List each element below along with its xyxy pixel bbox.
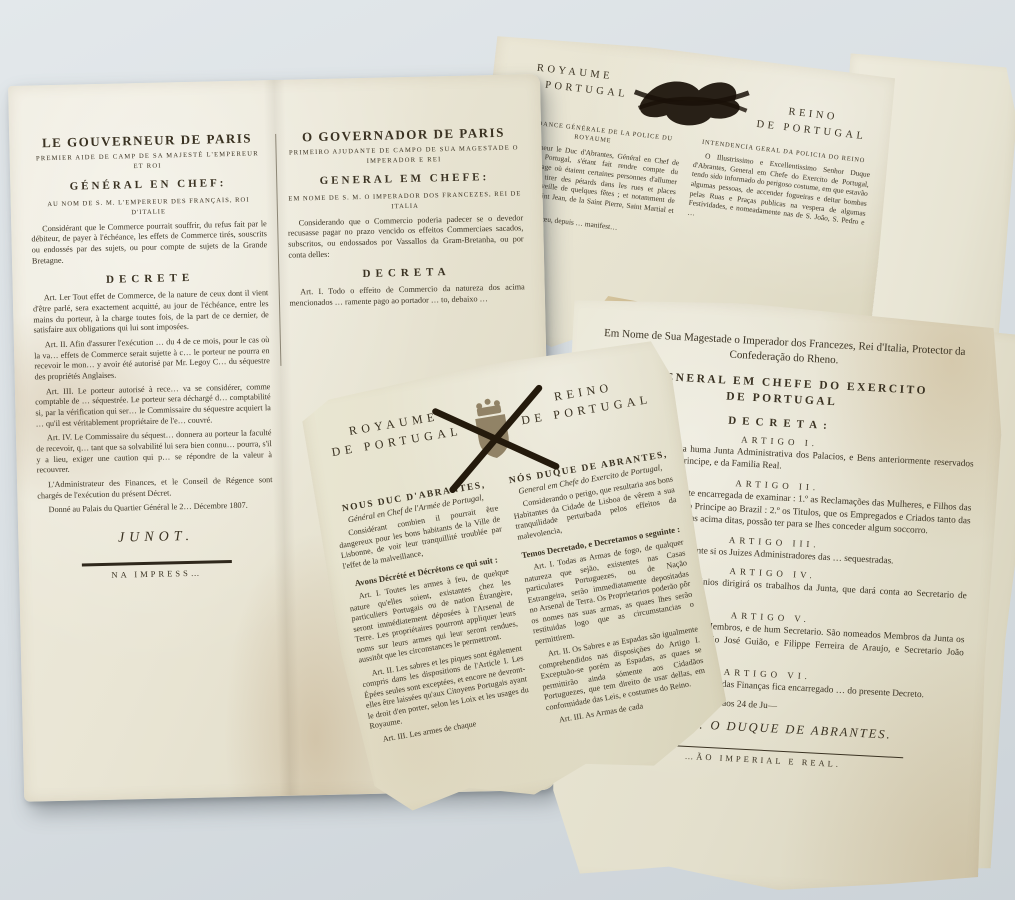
photograph-background: ROYAUME DE PORTUGAL REINO DE PORTUGAL IN… <box>0 0 1015 900</box>
invocation: EM NOME DE S. M. O IMPERADOR DOS FRANCEZ… <box>287 189 523 214</box>
subtitle: PRIMEIRO AJUDANTE DE CAMPO DE SUA MAGEST… <box>286 144 522 169</box>
column-divider <box>275 134 281 366</box>
french-column: NOUS DUC D'ABRANTES, Général en Chef de … <box>330 461 536 757</box>
paragraph: Art. III. Le porteur autorisé à rece… va… <box>35 382 271 430</box>
french-column: LE GOUVERNEUR DE PARIS PREMIER AIDE DE C… <box>29 130 275 581</box>
articles: Art. I. Todas as Armas de fogo, de qualq… <box>522 538 710 728</box>
closing-paragraphs: L'Administrateur des Finances, et le Con… <box>37 475 273 516</box>
paragraph: Art. I. Todo o effeito de Commercio da n… <box>289 283 525 310</box>
signature-junot: JUNOT. <box>38 527 274 548</box>
document-title: O GOVERNADOR DE PARIS <box>286 124 522 146</box>
invocation: AU NOM DE S. M. L'EMPEREUR DES FRANÇAIS,… <box>31 195 267 220</box>
preamble: Considerando que o Commercio poderia pad… <box>288 213 524 261</box>
paragraph: Art. II. Afin d'assurer l'exécution … du… <box>34 335 270 383</box>
printer-imprint: NA IMPRESS… <box>39 566 275 581</box>
articles: Art. I.er Tout effet de Commerce, de la … <box>33 289 273 477</box>
articles: Art. I. Toutes les armes à feu, de quelq… <box>347 567 533 747</box>
heading: GENERAL EM CHEFE: <box>287 170 523 187</box>
paragraph: Art. I.er Tout effet de Commerce, de la … <box>33 289 269 337</box>
paragraph: Donné au Palais du Quartier Général le 2… <box>38 500 274 516</box>
portuguese-column: INTENDENCIA GERAL DA POLICIA DO REINO O … <box>684 137 872 261</box>
paragraph: L'Administrateur des Finances, et le Con… <box>37 475 273 502</box>
imprint-rule <box>82 560 232 566</box>
ink-blot-coat-of-arms-icon <box>630 70 751 134</box>
articles: Art. I. Todo o effeito de Commercio da n… <box>289 283 525 310</box>
subtitle: PREMIER AIDE DE CAMP DE SA MAJESTÉ L'EMP… <box>30 149 266 174</box>
masthead: ROYAUME DE PORTUGAL REINO DE PORTUGAL <box>509 58 878 131</box>
paragraph: O Illustrissimo e Excellentissimo Senhor… <box>687 150 870 237</box>
preamble: Considérant que le Commerce pourrait sou… <box>31 219 267 267</box>
paragraph: Art. IV. Le Commissaire du séquest… donn… <box>36 428 272 476</box>
decree-word: DECRETE <box>32 271 268 288</box>
decree-word: DECRETA <box>289 265 525 282</box>
document-title: LE GOUVERNEUR DE PARIS <box>29 130 265 152</box>
masthead-right: REINO DE PORTUGAL <box>756 101 869 145</box>
heading: GÉNÉRAL EN CHEF: <box>30 176 266 193</box>
column-paragraphs: O Illustrissimo e Excellentissimo Senhor… <box>687 150 870 237</box>
